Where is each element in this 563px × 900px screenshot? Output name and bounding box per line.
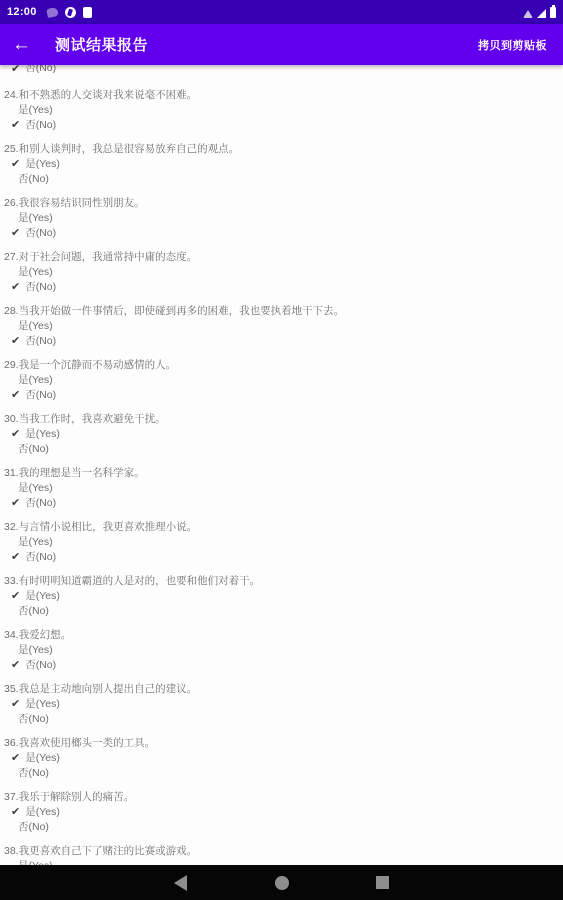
question-item: 25.和别人谈判时，我总是很容易放弃自己的观点。 ✔ 是(Yes) ✔ 否(No… bbox=[4, 142, 553, 187]
wifi-icon bbox=[523, 10, 533, 18]
option-label: 否(No) bbox=[18, 442, 49, 457]
recents-icon bbox=[376, 876, 389, 889]
question-text: 24.和不熟悉的人交谈对我来说毫不困难。 bbox=[4, 88, 553, 103]
option-label: 否(No) bbox=[25, 280, 56, 295]
option-label: 是(Yes) bbox=[18, 643, 53, 658]
option-label: 是(Yes) bbox=[18, 265, 53, 280]
option-label: 是(Yes) bbox=[25, 589, 60, 604]
option-label: 否(No) bbox=[18, 712, 49, 727]
option-no: ✔ 否(No) bbox=[4, 118, 553, 133]
check-icon: ✔ bbox=[11, 751, 20, 766]
partial-option-row: ✔ 否(No) bbox=[4, 65, 553, 75]
option-label: 否(No) bbox=[25, 118, 56, 133]
option-no: ✔ 否(No) bbox=[4, 334, 553, 349]
option-label: 是(Yes) bbox=[25, 751, 60, 766]
option-yes: ✔ 是(Yes) bbox=[4, 427, 553, 442]
question-item: 36.我喜欢使用榔头一类的工具。 ✔ 是(Yes) ✔ 否(No) bbox=[4, 736, 553, 781]
home-icon bbox=[275, 876, 289, 890]
copy-to-clipboard-button[interactable]: 拷贝到剪贴板 bbox=[476, 31, 549, 59]
question-item: 38.我更喜欢自己下了赌注的比赛或游戏。 ✔ 是(Yes) ✔ 否(No) bbox=[4, 844, 553, 865]
option-label: 否(No) bbox=[18, 172, 49, 187]
option-no: ✔ 否(No) bbox=[4, 712, 553, 727]
check-icon: ✔ bbox=[11, 157, 20, 172]
check-icon: ✔ bbox=[11, 658, 20, 673]
status-left-icons bbox=[47, 7, 92, 18]
option-yes: ✔ 是(Yes) bbox=[4, 157, 553, 172]
app-bar: ← 测试结果报告 拷贝到剪贴板 bbox=[0, 24, 563, 65]
option-no: ✔ 否(No) bbox=[4, 442, 553, 457]
question-item: 30.当我工作时，我喜欢避免干扰。 ✔ 是(Yes) ✔ 否(No) bbox=[4, 412, 553, 457]
option-label: 否(No) bbox=[25, 496, 56, 511]
question-text: 35.我总是主动地向别人提出自己的建议。 bbox=[4, 682, 553, 697]
check-icon: ✔ bbox=[11, 589, 20, 604]
nav-back-button[interactable] bbox=[169, 871, 193, 895]
notification-icon bbox=[46, 6, 59, 17]
option-no: ✔ 否(No) bbox=[4, 766, 553, 781]
question-text: 25.和别人谈判时，我总是很容易放弃自己的观点。 bbox=[4, 142, 553, 157]
android-screen: 12:00 ← 测试结果报告 拷贝到剪贴板 ✔ 否(No) 24.和不熟悉的人交… bbox=[0, 0, 563, 900]
option-label: 否(No) bbox=[25, 658, 56, 673]
option-no: ✔ 否(No) bbox=[4, 550, 553, 565]
option-no: ✔ 否(No) bbox=[4, 496, 553, 511]
option-label: 是(Yes) bbox=[25, 697, 60, 712]
check-icon: ✔ bbox=[11, 427, 20, 442]
option-yes: ✔ 是(Yes) bbox=[4, 373, 553, 388]
option-label: 否(No) bbox=[25, 226, 56, 241]
option-yes: ✔ 是(Yes) bbox=[4, 265, 553, 280]
question-item: 31.我的理想是当一名科学家。 ✔ 是(Yes) ✔ 否(No) bbox=[4, 466, 553, 511]
option-label: 是(Yes) bbox=[18, 373, 53, 388]
question-item: 27.对于社会问题，我通常持中庸的态度。 ✔ 是(Yes) ✔ 否(No) bbox=[4, 250, 553, 295]
check-icon: ✔ bbox=[11, 550, 20, 565]
check-icon: ✔ bbox=[11, 118, 20, 133]
navigation-bar bbox=[0, 865, 563, 900]
option-label: 是(Yes) bbox=[18, 535, 53, 550]
option-yes: ✔ 是(Yes) bbox=[4, 805, 553, 820]
question-item: 33.有时明明知道霸道的人是对的，也要和他们对着干。 ✔ 是(Yes) ✔ 否(… bbox=[4, 574, 553, 619]
back-icon bbox=[174, 875, 187, 891]
question-item: 29.我是一个沉静而不易动感情的人。 ✔ 是(Yes) ✔ 否(No) bbox=[4, 358, 553, 403]
question-item: 28.当我开始做一件事情后，即使碰到再多的困难，我也要执着地干下去。 ✔ 是(Y… bbox=[4, 304, 553, 349]
clipboard-notification-icon bbox=[83, 7, 92, 18]
question-text: 37.我乐于解除别人的痛苦。 bbox=[4, 790, 553, 805]
option-label: 否(No) bbox=[18, 766, 49, 781]
option-label: 否(No) bbox=[25, 334, 56, 349]
option-label: 是(Yes) bbox=[25, 157, 60, 172]
option-label: 否(No) bbox=[25, 388, 56, 403]
report-content[interactable]: ✔ 否(No) 24.和不熟悉的人交谈对我来说毫不困难。 ✔ 是(Yes) ✔ … bbox=[0, 65, 563, 865]
check-icon: ✔ bbox=[11, 388, 20, 403]
question-text: 26.我很容易结识同性别朋友。 bbox=[4, 196, 553, 211]
option-label: 是(Yes) bbox=[18, 211, 53, 226]
question-item: 26.我很容易结识同性别朋友。 ✔ 是(Yes) ✔ 否(No) bbox=[4, 196, 553, 241]
question-text: 28.当我开始做一件事情后，即使碰到再多的困难，我也要执着地干下去。 bbox=[4, 304, 553, 319]
option-yes: ✔ 是(Yes) bbox=[4, 481, 553, 496]
check-icon: ✔ bbox=[11, 496, 20, 511]
option-yes: ✔ 是(Yes) bbox=[4, 103, 553, 118]
option-yes: ✔ 是(Yes) bbox=[4, 535, 553, 550]
option-no: ✔ 否(No) bbox=[4, 172, 553, 187]
status-time: 12:00 bbox=[7, 6, 37, 18]
option-label: 否(No) bbox=[18, 604, 49, 619]
option-label: 是(Yes) bbox=[18, 103, 53, 118]
question-text: 29.我是一个沉静而不易动感情的人。 bbox=[4, 358, 553, 373]
option-label: 是(Yes) bbox=[25, 805, 60, 820]
check-icon: ✔ bbox=[11, 226, 20, 241]
option-label: 是(Yes) bbox=[18, 319, 53, 334]
back-button[interactable]: ← bbox=[12, 30, 42, 60]
question-text: 33.有时明明知道霸道的人是对的，也要和他们对着干。 bbox=[4, 574, 553, 589]
question-item: 35.我总是主动地向别人提出自己的建议。 ✔ 是(Yes) ✔ 否(No) bbox=[4, 682, 553, 727]
check-icon: ✔ bbox=[11, 334, 20, 349]
option-label: 是(Yes) bbox=[25, 427, 60, 442]
check-icon: ✔ bbox=[11, 697, 20, 712]
nav-home-button[interactable] bbox=[270, 871, 294, 895]
check-icon: ✔ bbox=[11, 280, 20, 295]
option-label: 是(Yes) bbox=[18, 481, 53, 496]
question-item: 37.我乐于解除别人的痛苦。 ✔ 是(Yes) ✔ 否(No) bbox=[4, 790, 553, 835]
question-text: 38.我更喜欢自己下了赌注的比赛或游戏。 bbox=[4, 844, 553, 859]
question-text: 31.我的理想是当一名科学家。 bbox=[4, 466, 553, 481]
question-text: 34.我爱幻想。 bbox=[4, 628, 553, 643]
question-text: 27.对于社会问题，我通常持中庸的态度。 bbox=[4, 250, 553, 265]
option-no: ✔ 否(No) bbox=[4, 604, 553, 619]
option-yes: ✔ 是(Yes) bbox=[4, 211, 553, 226]
option-no: ✔ 否(No) bbox=[4, 226, 553, 241]
question-list: 24.和不熟悉的人交谈对我来说毫不困难。 ✔ 是(Yes) ✔ 否(No) 25… bbox=[4, 88, 553, 865]
signal-icon bbox=[537, 9, 546, 18]
nav-recents-button[interactable] bbox=[371, 871, 395, 895]
page-title: 测试结果报告 bbox=[55, 34, 148, 55]
option-yes: ✔ 是(Yes) bbox=[4, 697, 553, 712]
check-icon: ✔ bbox=[11, 805, 20, 820]
question-text: 30.当我工作时，我喜欢避免干扰。 bbox=[4, 412, 553, 427]
option-label: 否(No) bbox=[25, 65, 56, 75]
question-text: 32.与言情小说相比，我更喜欢推理小说。 bbox=[4, 520, 553, 535]
option-label: 否(No) bbox=[18, 820, 49, 835]
option-no: ✔ 否(No) bbox=[4, 388, 553, 403]
question-item: 34.我爱幻想。 ✔ 是(Yes) ✔ 否(No) bbox=[4, 628, 553, 673]
option-yes: ✔ 是(Yes) bbox=[4, 319, 553, 334]
option-no: ✔ 否(No) bbox=[4, 280, 553, 295]
option-yes: ✔ 是(Yes) bbox=[4, 751, 553, 766]
app-notification-circle-icon bbox=[65, 7, 76, 18]
check-icon: ✔ bbox=[11, 65, 20, 75]
question-text: 36.我喜欢使用榔头一类的工具。 bbox=[4, 736, 553, 751]
option-no: ✔ 否(No) bbox=[4, 820, 553, 835]
question-item: 32.与言情小说相比，我更喜欢推理小说。 ✔ 是(Yes) ✔ 否(No) bbox=[4, 520, 553, 565]
status-bar: 12:00 bbox=[0, 0, 563, 24]
status-right-icons bbox=[523, 7, 556, 18]
question-item: 24.和不熟悉的人交谈对我来说毫不困难。 ✔ 是(Yes) ✔ 否(No) bbox=[4, 88, 553, 133]
option-yes: ✔ 是(Yes) bbox=[4, 643, 553, 658]
battery-icon bbox=[550, 7, 556, 18]
option-yes: ✔ 是(Yes) bbox=[4, 589, 553, 604]
option-label: 否(No) bbox=[25, 550, 56, 565]
option-no: ✔ 否(No) bbox=[4, 658, 553, 673]
